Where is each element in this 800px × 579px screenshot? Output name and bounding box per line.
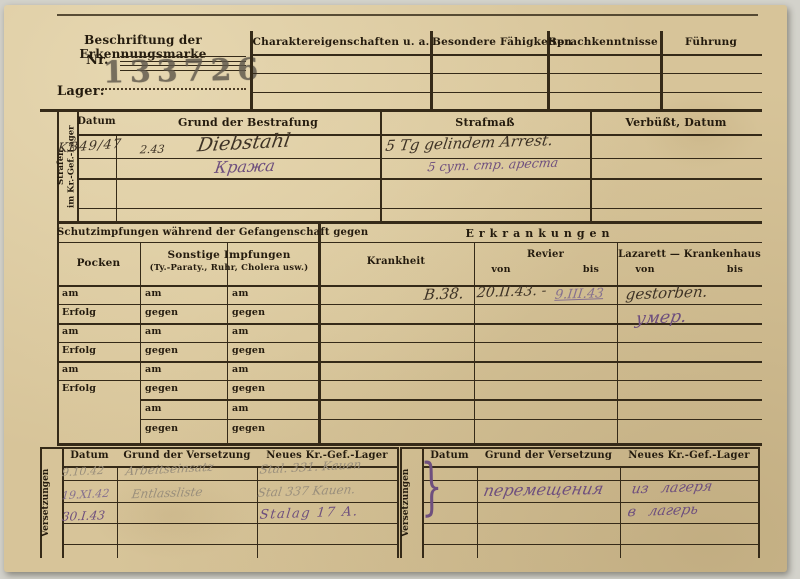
impfung-gegen-label: gegen xyxy=(232,307,270,318)
rule-line xyxy=(57,304,762,305)
handwriting-revier-to: 9.III.43 xyxy=(554,286,604,303)
rule-line xyxy=(57,361,762,363)
lager-blank-line xyxy=(102,88,246,90)
revier-bis-label: bis xyxy=(576,264,606,275)
handwriting-punish-reason-russian: Кража xyxy=(213,156,276,177)
rule-line xyxy=(57,14,758,16)
pocken-erfolg-label: Erfolg xyxy=(62,383,102,394)
rule-line xyxy=(57,242,762,243)
strafen-side-label: Strafen im Kr.-Gef.-Lager xyxy=(56,118,78,216)
table-border xyxy=(758,447,760,558)
rule-line xyxy=(77,178,762,180)
pocken-header: Pocken xyxy=(57,257,140,270)
rule-line xyxy=(62,480,397,481)
impfung-am-label: am xyxy=(232,364,262,375)
impfung-am-label: am xyxy=(232,403,262,414)
impfung-am-label: am xyxy=(145,288,175,299)
pocken-am-label: am xyxy=(62,326,92,337)
impfung-gegen-label: gegen xyxy=(232,345,270,356)
versetzung-header-neues: Neues Kr.-Gef.-Lager xyxy=(620,450,758,462)
table-border xyxy=(57,221,59,443)
rule-line xyxy=(140,419,762,420)
rule-line xyxy=(250,73,762,74)
table-border xyxy=(397,447,399,558)
handwriting-to-camp-russian: в лагерь xyxy=(626,502,699,520)
handwriting-outcome-german: gestorben. xyxy=(625,283,709,304)
table-border xyxy=(40,447,397,449)
pocken-am-label: am xyxy=(62,364,92,375)
column-header-besondere-faehigkeiten: Besondere Fähigkeiten xyxy=(432,36,545,49)
handwriting-outcome-russian: умер. xyxy=(634,307,688,330)
lazarett-von-label: von xyxy=(630,264,660,275)
pocken-erfolg-label: Erfolg xyxy=(62,345,102,356)
revier-header: Revier xyxy=(474,249,617,261)
impfung-am-label: am xyxy=(145,403,175,414)
section-border xyxy=(40,109,762,112)
column-header-sprachkenntnisse: Sprachkenntnisse xyxy=(549,36,658,49)
krankheit-header: Krankheit xyxy=(318,256,474,268)
impfung-am-label: am xyxy=(145,326,175,337)
erkrankungen-title: Erkrankungen xyxy=(318,227,762,240)
photo-of-card: Beschriftung der Erkennungsmarke Nr. 133… xyxy=(0,0,800,579)
strafen-header-strafmass: Strafmaß xyxy=(380,116,590,129)
rule-line xyxy=(57,342,762,343)
handwriting-punish-date: 2.43 xyxy=(139,143,165,157)
sonstige-impfungen-header: Sonstige Impfungen xyxy=(140,249,318,262)
impfung-gegen-label: gegen xyxy=(145,307,183,318)
impfung-gegen-label: gegen xyxy=(145,345,183,356)
handwriting-transfer-date: 9.10.42 xyxy=(61,464,104,479)
id-number-stamp: 133726 xyxy=(103,52,254,90)
strafen-header-verbuesst: Verbüßt, Datum xyxy=(590,116,762,129)
lazarett-header: Lazarett — Krankenhaus xyxy=(617,249,762,261)
impfung-am-label: am xyxy=(145,364,175,375)
versetzungen-side-label: Versetzungen xyxy=(401,452,421,554)
impfung-am-label: am xyxy=(232,288,262,299)
rule-line xyxy=(250,54,762,56)
impfung-gegen-label: gegen xyxy=(145,383,183,394)
impfung-am-label: am xyxy=(232,326,262,337)
rule-line xyxy=(422,544,758,545)
handwriting-revier-from: 20.II.43. - xyxy=(476,283,547,301)
strafen-header-grund: Grund der Bestrafung xyxy=(116,116,380,129)
versetzung-header-datum: Datum xyxy=(62,450,117,462)
handwriting-from-camp-russian: из лагеря xyxy=(630,479,713,498)
column-header-charaktereigenschaften: Charaktereigenschaften u. a. xyxy=(252,36,430,49)
versetzungen-side-label: Versetzungen xyxy=(41,452,61,554)
rule-line xyxy=(422,523,758,524)
handwriting-brace: } xyxy=(420,449,443,523)
lager-label: Lager: xyxy=(57,84,107,100)
impfung-gegen-label: gegen xyxy=(145,423,183,434)
section-border xyxy=(57,443,762,446)
handwriting-transfer-reason: Entlassliste xyxy=(131,485,204,501)
pocken-erfolg-label: Erfolg xyxy=(62,307,102,318)
rule-line xyxy=(57,380,762,381)
column-header-fuehrung: Führung xyxy=(662,36,760,49)
table-border xyxy=(400,447,758,449)
rule-line xyxy=(140,399,762,401)
impfung-gegen-label: gegen xyxy=(232,423,270,434)
sonstige-impfungen-subheader: (Ty.-Paraty., Ruhr, Cholera usw.) xyxy=(140,263,318,273)
impfungen-title: Schutzimpfungen während der Gefangenscha… xyxy=(57,227,318,239)
impfung-gegen-label: gegen xyxy=(232,383,270,394)
rule-line xyxy=(62,523,397,524)
handwriting-transfer-date: 19.XI.42 xyxy=(61,487,110,502)
rule-line xyxy=(77,158,762,159)
pocken-am-label: am xyxy=(62,288,92,299)
handwriting-transfer-date: 30.I.43 xyxy=(61,508,106,523)
rule-line xyxy=(77,208,762,209)
revier-von-label: von xyxy=(486,264,516,275)
strafen-header-datum: Datum xyxy=(77,116,116,128)
section-border xyxy=(57,221,762,224)
rule-line xyxy=(62,544,397,545)
lazarett-bis-label: bis xyxy=(720,264,750,275)
column-divider xyxy=(318,221,321,443)
rule-line xyxy=(62,502,397,503)
rule-line xyxy=(422,502,758,503)
versetzung-header-grund: Grund der Versetzung xyxy=(477,450,620,462)
rule-line xyxy=(422,466,758,468)
rule-line xyxy=(250,92,762,93)
handwriting-transfer-reason-russian: перемещения xyxy=(482,479,605,500)
handwriting-illness-code: B.38. xyxy=(423,284,465,303)
